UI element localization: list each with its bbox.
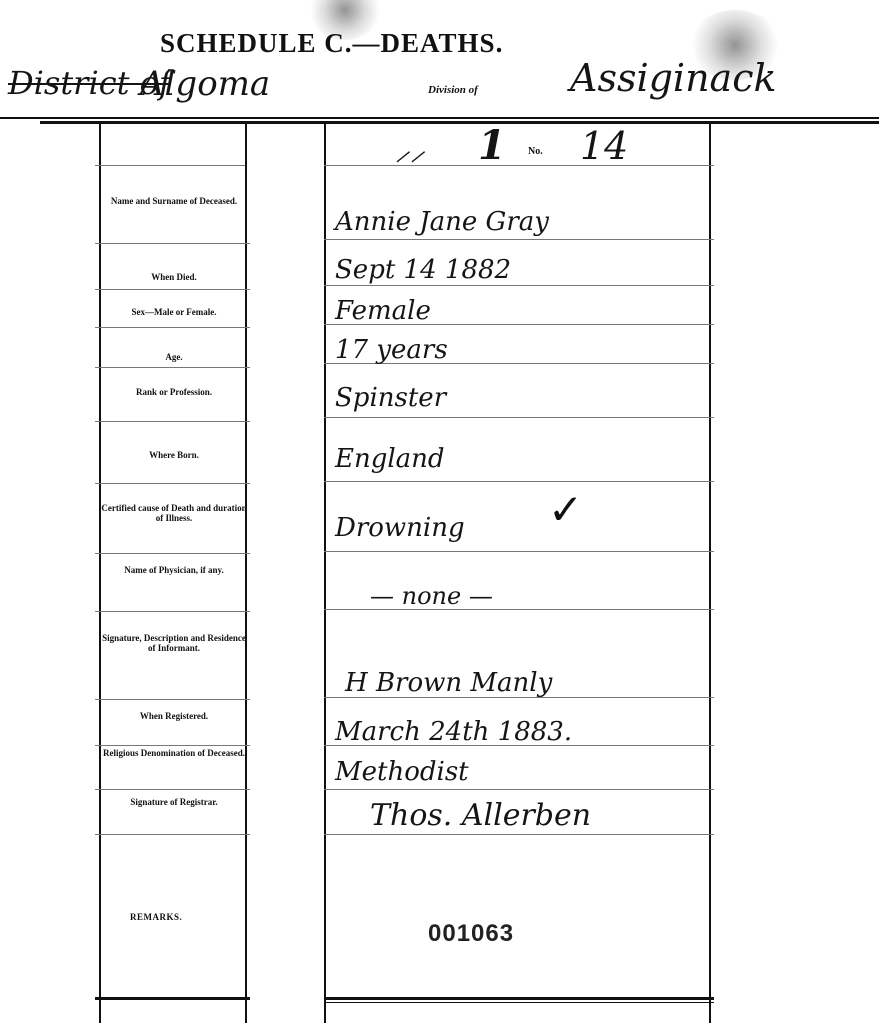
row-divider — [95, 421, 250, 422]
row-divider — [95, 611, 250, 612]
field-value-age: 17 years — [335, 335, 448, 365]
row-divider — [95, 834, 250, 835]
row-divider — [324, 789, 714, 790]
field-value-religion: Methodist — [335, 757, 469, 787]
schedule-title: SCHEDULE C.—DEATHS. — [160, 28, 503, 59]
row-divider — [95, 243, 250, 244]
division-label: Division of — [428, 84, 478, 96]
field-label-name: Name and Surname of Deceased. — [100, 196, 248, 206]
field-label-where-born: Where Born. — [100, 450, 248, 460]
field-label-informant: Signature, Description and Residence of … — [100, 633, 248, 653]
row-divider — [95, 165, 245, 166]
row-divider — [324, 165, 714, 166]
field-value-where-born: England — [335, 444, 445, 474]
row-divider — [95, 367, 250, 368]
row-divider — [324, 551, 714, 552]
division-value: Assiginack — [570, 56, 777, 100]
row-divider — [95, 327, 250, 328]
row-divider — [95, 745, 250, 746]
field-label-when-registered: When Registered. — [100, 711, 248, 721]
feather-mark: ⸝⸝ — [395, 128, 425, 169]
row-divider — [95, 289, 250, 290]
field-value-physician: — none — — [370, 582, 493, 610]
row-divider — [324, 285, 714, 286]
footer-rule — [324, 1002, 714, 1003]
field-label-age: Age. — [100, 352, 248, 362]
field-label-profession: Rank or Profession. — [100, 387, 248, 397]
row-divider — [95, 553, 250, 554]
value-column-right-border — [709, 124, 711, 1023]
field-value-sex: Female — [335, 296, 431, 326]
header-rule — [40, 121, 879, 124]
row-divider — [324, 481, 714, 482]
row-divider — [95, 483, 250, 484]
field-label-registrar: Signature of Registrar. — [100, 797, 248, 807]
entry-mark: 1 — [478, 122, 506, 169]
field-label-religion: Religious Denomination of Deceased. — [100, 748, 248, 758]
field-value-cause-of-death: Drowning — [335, 513, 465, 543]
row-divider — [324, 239, 714, 240]
field-value-name: Annie Jane Gray — [335, 207, 549, 237]
value-column-left-border — [324, 124, 326, 1023]
row-divider — [95, 699, 250, 700]
field-value-informant: H Brown Manly — [345, 668, 552, 698]
header-rule — [0, 117, 879, 119]
row-divider — [324, 417, 714, 418]
field-label-when-died: When Died. — [100, 272, 248, 282]
field-label-sex: Sex—Male or Female. — [100, 307, 248, 317]
field-label-cause-of-death: Certified cause of Death and duration of… — [100, 503, 248, 523]
field-value-when-died: Sept 14 1882 — [335, 255, 511, 285]
stamp-number: 001063 — [428, 920, 514, 948]
number-value: 14 — [580, 124, 628, 168]
footer-rule — [95, 997, 250, 1000]
field-value-registrar: Thos. Allerben — [370, 798, 591, 833]
field-value-when-registered: March 24th 1883. — [335, 717, 572, 747]
remarks-label: REMARKS. — [130, 912, 182, 922]
row-divider — [324, 834, 714, 835]
footer-rule — [324, 997, 714, 1000]
number-label: No. — [528, 146, 543, 157]
field-label-physician: Name of Physician, if any. — [100, 565, 248, 575]
district-value: Algoma — [140, 64, 270, 104]
row-divider — [95, 789, 250, 790]
field-value-profession: Spinster — [335, 383, 446, 413]
checkmark-icon: ✓ — [548, 485, 583, 534]
